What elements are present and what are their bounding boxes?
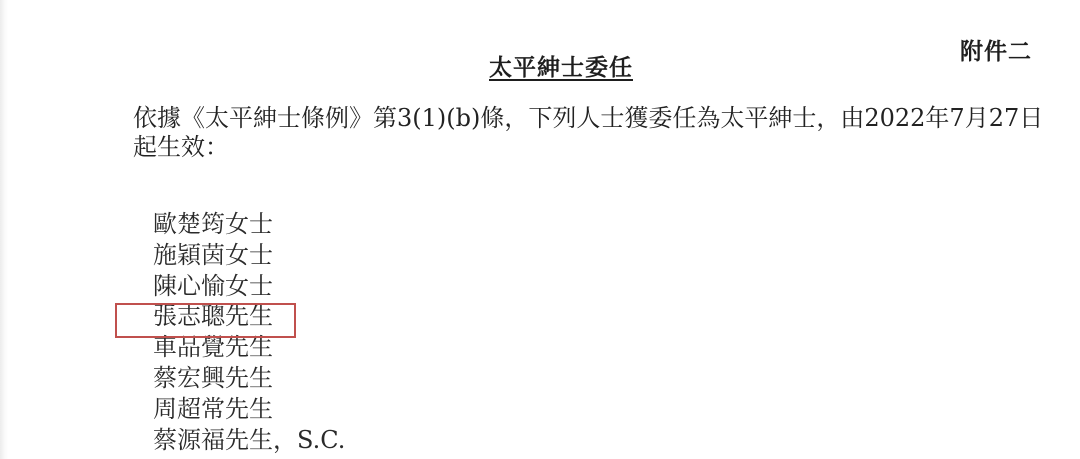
- appointee-item: 周超常先生: [153, 394, 345, 425]
- appointee-item: 陳心愉女士: [153, 271, 345, 302]
- intro-line-1: 依據《太平紳士條例》第3(1)(b)條，下列人士獲委任為太平紳士，由2022年7…: [133, 104, 1013, 133]
- document-title: 太平紳士委任: [489, 49, 633, 82]
- appointee-item: 蔡源福先生，S.C.: [153, 425, 345, 456]
- annex-label: 附件二: [960, 33, 1032, 66]
- appointee-item: 施穎茵女士: [153, 240, 345, 271]
- appointee-item: 蔡宏興先生: [153, 363, 345, 394]
- appointee-item: 歐楚筠女士: [153, 209, 345, 240]
- page-edge-shadow: [0, 0, 8, 459]
- intro-line-2: 起生效：: [133, 133, 1013, 162]
- intro-paragraph: 依據《太平紳士條例》第3(1)(b)條，下列人士獲委任為太平紳士，由2022年7…: [133, 104, 1013, 162]
- highlight-box: [115, 303, 296, 338]
